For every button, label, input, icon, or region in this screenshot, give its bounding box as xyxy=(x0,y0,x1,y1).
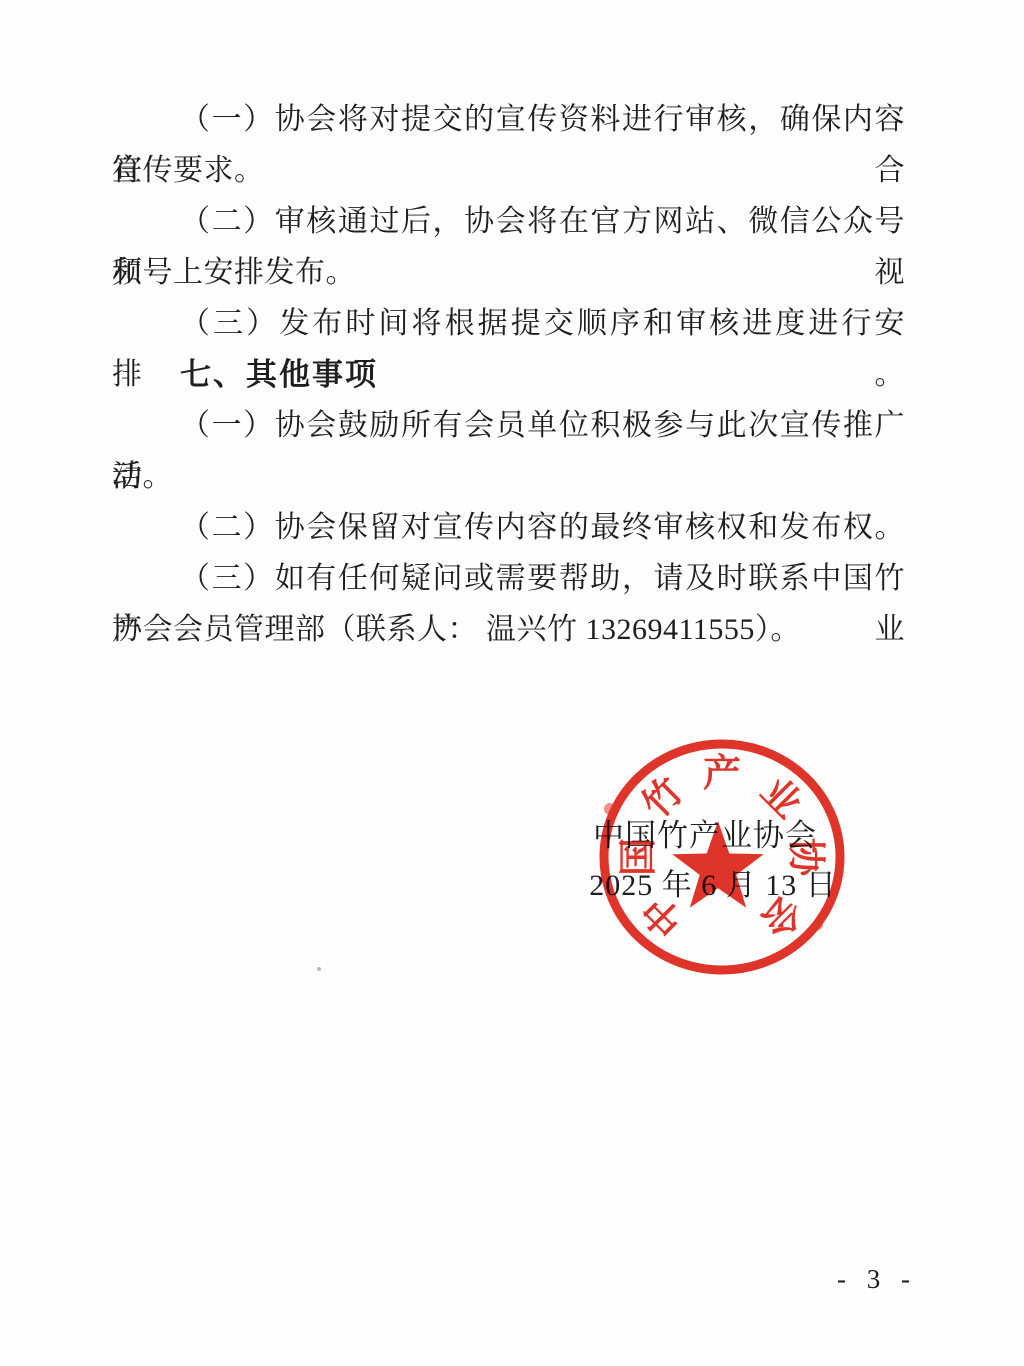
official-seal-stamp: 中国竹产业协会 xyxy=(592,727,852,987)
seal-ring-char: 协 xyxy=(784,838,826,878)
paragraph-line: （一）协会鼓励所有会员单位积极参与此次宣传推广活 xyxy=(112,400,905,451)
paragraph-line: （二）协会保留对宣传内容的最终审核权和发布权。 xyxy=(112,502,905,553)
star-icon xyxy=(672,821,763,908)
seal-ink-blot xyxy=(604,803,616,815)
scan-artifact-dot xyxy=(317,967,321,971)
paragraph-line: （二）审核通过后，协会将在官方网站、微信公众号和视 xyxy=(112,196,905,247)
paragraph-line: （三）如有任何疑问或需要帮助，请及时联系中国竹产业 xyxy=(112,553,905,604)
page-number: - 3 - xyxy=(812,1264,942,1295)
paragraph-line: 协会会员管理部（联系人： 温兴竹 13269411555）。 xyxy=(112,604,905,655)
document-body: （一）协会将对提交的宣传资料进行审核，确保内容符合 宣传要求。 （二）审核通过后… xyxy=(112,94,905,655)
seal-ring-char: 产 xyxy=(703,753,741,795)
paragraph-line: （三）发布时间将根据提交顺序和审核进度进行安排。 xyxy=(112,298,905,349)
seal-ink-blot xyxy=(813,920,823,930)
seal-ring-char: 国 xyxy=(618,838,660,876)
seal-ink-blot xyxy=(601,874,611,884)
paragraph-line: 动。 xyxy=(112,451,905,502)
document-page: （一）协会将对提交的宣传资料进行审核，确保内容符合 宣传要求。 （二）审核通过后… xyxy=(0,0,1024,1366)
paragraph-line: （一）协会将对提交的宣传资料进行审核，确保内容符合 xyxy=(112,94,905,145)
